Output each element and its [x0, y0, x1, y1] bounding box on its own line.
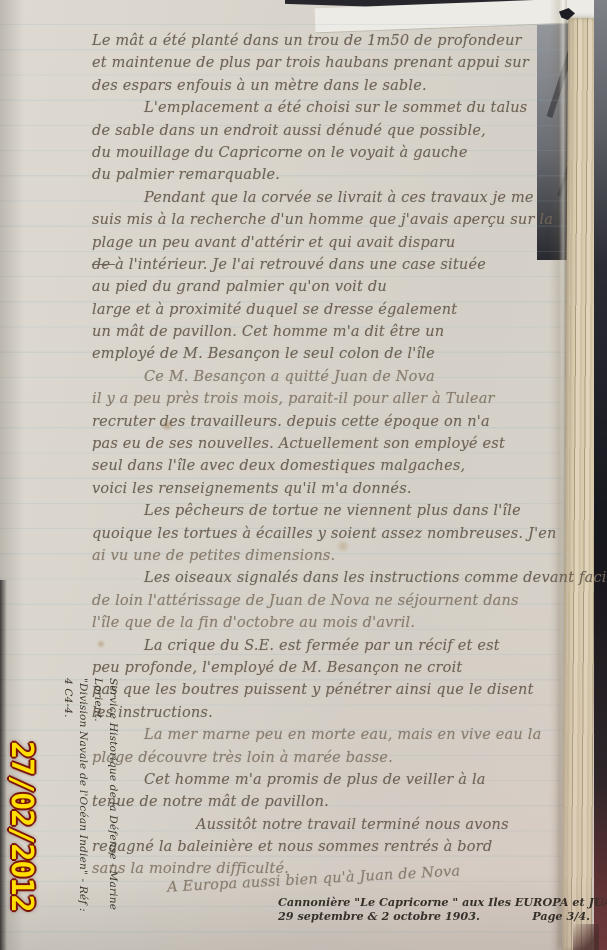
manuscript-line: plage un peu avant d'attérir et qui avai… [92, 232, 570, 254]
manuscript-line: Pendant que la corvée se livrait à ces t… [92, 187, 570, 209]
manuscript-line: de sable dans un endroit aussi dénudé qu… [92, 120, 570, 142]
manuscript-line: les instructions. [92, 702, 570, 724]
manuscript-line: Les pêcheurs de tortue ne viennent plus … [92, 500, 570, 522]
manuscript-line: des espars enfouis à un mètre dans le sa… [92, 75, 570, 97]
manuscript-line: large et à proximité duquel se dresse ég… [92, 299, 570, 321]
manuscript-line: Ce M. Besançon a quitté Juan de Nova [92, 366, 570, 388]
manuscript-line: pas que les boutres puissent y pénétrer … [92, 679, 570, 701]
manuscript-line: de à l'intérieur. Je l'ai retrouvé dans … [92, 254, 570, 276]
manuscript-line: peu profonde, l'employé de M. Besançon n… [92, 657, 570, 679]
archive-reference-line2: "Division Navale de l'Océan Indien" - Ré… [60, 678, 90, 918]
manuscript-line: de loin l'attérissage de Juan de Nova ne… [92, 590, 570, 612]
footer-caption: Cannonière "Le Capricorne " aux Iles EUR… [278, 896, 590, 923]
struck-word: de [92, 257, 115, 273]
page-number-label: Page 3/4. [532, 910, 590, 924]
manuscript-line: suis mis à la recherche d'un homme que j… [92, 209, 570, 231]
manuscript-line: L'emplacement a été choisi sur le sommet… [92, 97, 570, 119]
footer-caption-title: Cannonière "Le Capricorne " aux Iles EUR… [278, 896, 590, 910]
manuscript-line: voici les renseignements qu'il m'a donné… [92, 478, 570, 500]
manuscript-line: seul dans l'île avec deux domestiques ma… [92, 455, 570, 477]
archive-reference: Service Historique de la Défense - Marin… [60, 678, 120, 918]
manuscript-line: l'île que de la fin d'octobre au mois d'… [92, 612, 570, 634]
manuscript-line: et maintenue de plus par trois haubans p… [92, 52, 570, 74]
manuscript-line: regagné la baleinière et nous sommes ren… [92, 836, 570, 858]
manuscript-line: recruter des travailleurs. depuis cette … [92, 411, 570, 433]
manuscript-line: pas eu de ses nouvelles. Actuellement so… [92, 433, 570, 455]
book-cover-corner [573, 924, 599, 950]
manuscript-line: du palmier remarquable. [92, 164, 570, 186]
manuscript-line: ai vu une de petites dimensions. [92, 545, 570, 567]
manuscript-line: plage découvre très loin à marée basse. [92, 747, 570, 769]
manuscript-line: au pied du grand palmier qu'on voit du [92, 276, 570, 298]
manuscript-line: du mouillage du Capricorne on le voyait … [92, 142, 570, 164]
manuscript-line: tenue de notre mât de pavillon. [92, 791, 570, 813]
manuscript-line: un mât de pavillon. Cet homme m'a dit êt… [92, 321, 570, 343]
manuscript-line: Les oiseaux signalés dans les instructio… [92, 567, 570, 589]
archive-reference-line1: Service Historique de la Défense - Marin… [90, 678, 120, 918]
manuscript-line: quoique les tortues à écailles y soient … [92, 523, 570, 545]
manuscript-line: Le mât a été planté dans un trou de 1m50… [92, 30, 570, 52]
manuscript-line: Aussitôt notre travail terminé nous avon… [92, 814, 570, 836]
manuscript-line: La crique du S.E. est fermée par un réci… [92, 635, 570, 657]
manuscript-line: Cet homme m'a promis de plus de veiller … [92, 769, 570, 791]
manuscript-line: il y a peu près trois mois, parait-il po… [92, 388, 570, 410]
manuscript-text: Le mât a été planté dans un trou de 1m50… [92, 30, 570, 903]
book-cover-edge [594, 0, 607, 950]
camera-date-stamp: 27/02/2012 [4, 741, 39, 941]
footer-caption-date: 29 septembre & 2 octobre 1903. [278, 910, 480, 924]
manuscript-line: employé de M. Besançon le seul colon de … [92, 343, 570, 365]
archive-photo: Le mât a été planté dans un trou de 1m50… [0, 0, 607, 950]
manuscript-line: La mer marne peu en morte eau, mais en v… [92, 724, 570, 746]
